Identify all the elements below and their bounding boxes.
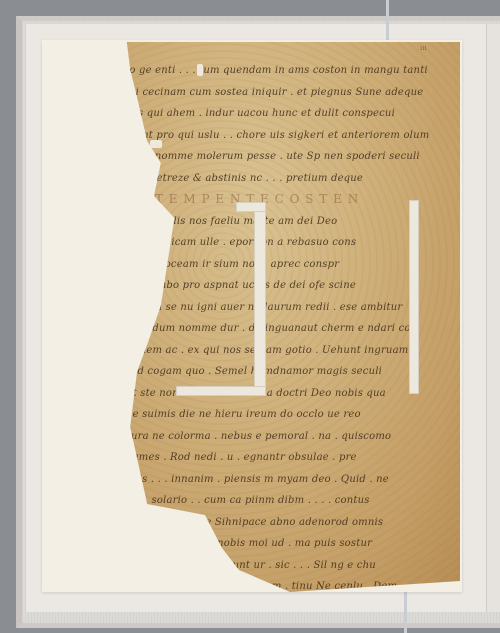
script-line: lo ge enti . . . tum quendam in ams cost… bbox=[126, 60, 456, 82]
script-line: ita . detreze & abstinis nc . . . pretiu… bbox=[126, 168, 456, 190]
script-line: nis . solario . . cum ca piinm dibm . . … bbox=[126, 490, 456, 512]
parchment-slit-left bbox=[254, 204, 266, 392]
rubric-line: A V T E M P E N T E C O S T E N bbox=[126, 189, 456, 211]
script-line: nudum se nu igni auer nndaurum redii . e… bbox=[126, 297, 456, 319]
script-line: sam ambo pro aspnat uchis de dei ofe sci… bbox=[126, 275, 456, 297]
script-line: e unt pro qui uslu . . chore uis sigkeri… bbox=[126, 125, 456, 147]
script-line: sed cogam quo . Semel hamdnamor magis se… bbox=[126, 361, 456, 383]
script-line: te nem ac . ex qui nos se nam gotio . Ue… bbox=[126, 340, 456, 362]
script-line: concessolis nos faeliu marte am dei Deo bbox=[126, 211, 456, 233]
parchment-slit-left-bottom bbox=[176, 386, 266, 396]
script-line: in mea dicam ulle . eportion a rebasuo c… bbox=[126, 232, 456, 254]
script-line: rura ne colorma . nebus e pemoral . na .… bbox=[126, 426, 456, 448]
script-line: ueis . . . innanim . piensis m myam deo … bbox=[126, 469, 456, 491]
folio-number: ııı bbox=[420, 44, 427, 52]
script-line: de suimis die ne hieru ireum do occlo ue… bbox=[126, 404, 456, 426]
script-line: ti per noceam ir sium nos . aprec conspr bbox=[126, 254, 456, 276]
parchment-hole bbox=[197, 64, 203, 76]
mount-right-edge bbox=[486, 24, 500, 612]
parchment-slit-right bbox=[409, 200, 419, 394]
parchment-hole bbox=[150, 140, 162, 148]
parchment-slit-left-top bbox=[236, 202, 266, 212]
script-line: mun dum nomme dur . delinguanaut cherm e… bbox=[126, 318, 456, 340]
script-line: dames . Rod nedi . u . egnantr obsulae .… bbox=[126, 447, 456, 469]
hinge-strip-bottom bbox=[404, 590, 407, 633]
script-line: vas qui ahem . indur uacou hunc et dulit… bbox=[126, 103, 456, 125]
script-line: dlis . nomme molerum pesse . ute Sp nen … bbox=[126, 146, 456, 168]
script-line: mi cecinam cum sostea iniquir . et piegn… bbox=[126, 82, 456, 104]
